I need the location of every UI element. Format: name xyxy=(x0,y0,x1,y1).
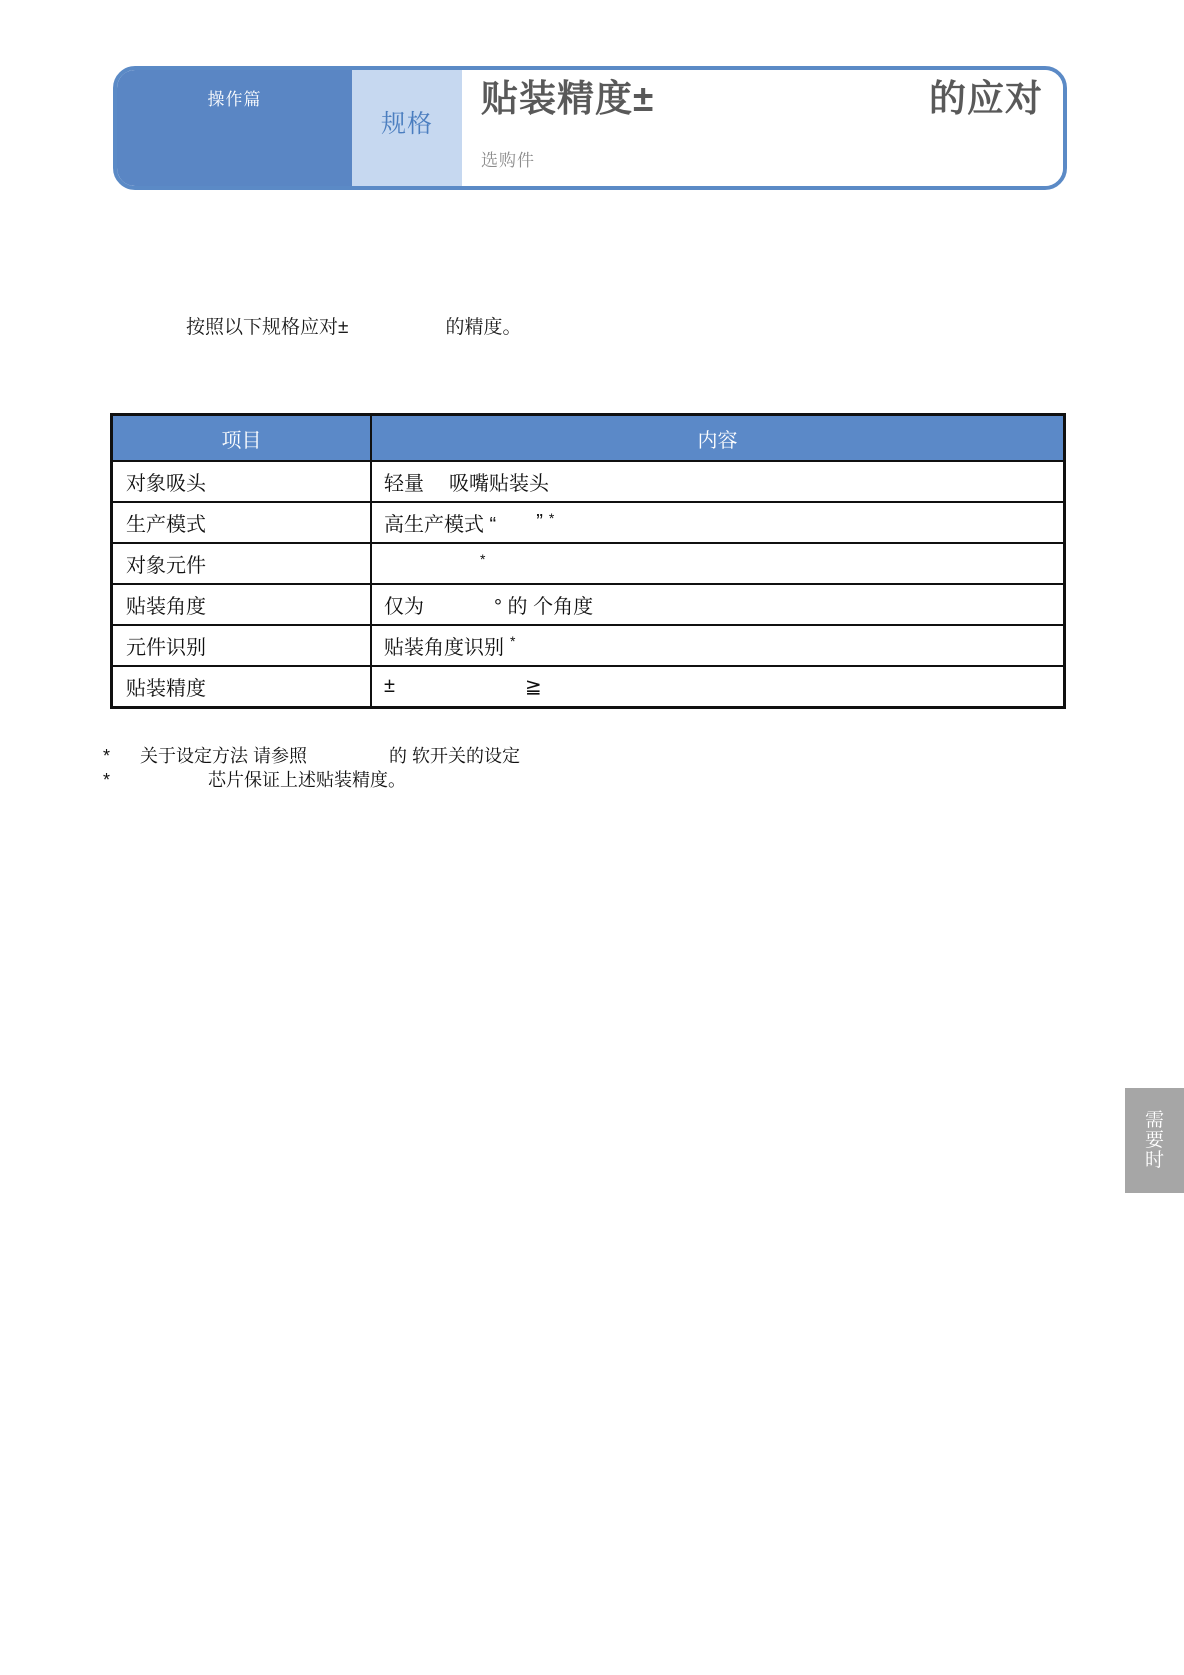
col-header-content: 内容 xyxy=(372,416,1063,460)
cell-content: ±≧ xyxy=(372,667,1063,706)
footnote-list: *关于设定方法 请参照的 软开关的设定 *芯片保证上述贴装精度。 xyxy=(103,744,520,792)
footnote-marker: * xyxy=(103,744,140,768)
table-row: 贴装精度 ±≧ xyxy=(113,665,1063,706)
intro-text-after: 的精度。 xyxy=(445,317,521,338)
cell-item: 对象元件 xyxy=(113,544,372,583)
footnote-line: *芯片保证上述贴装精度。 xyxy=(103,768,520,792)
table-header-row: 项目 内容 xyxy=(113,416,1063,460)
redacted-gap xyxy=(384,563,480,564)
redacted-gap xyxy=(496,522,536,523)
cell-item: 贴装精度 xyxy=(113,667,372,706)
cell-item: 贴装角度 xyxy=(113,585,372,624)
footnote-reference-asterisk: * xyxy=(480,551,485,567)
redacted-gap xyxy=(424,604,494,605)
page-title: 贴装精度± xyxy=(481,79,654,120)
table-row: 对象吸头 轻量吸嘴贴装头 xyxy=(113,460,1063,501)
chapter-category-tab: 规格 xyxy=(352,70,462,186)
chapter-section-label: 操作篇 xyxy=(117,70,352,186)
redacted-gap xyxy=(424,481,449,482)
cell-content-part: ° 的 个角度 xyxy=(494,590,593,619)
footnote-text: 关于设定方法 请参照 xyxy=(140,744,307,768)
footnote-text: 的 软开关的设定 xyxy=(389,744,520,768)
cell-content-part: 贴装角度识别 xyxy=(384,631,504,660)
side-tab-label: 需要时 xyxy=(1145,1111,1165,1171)
chapter-title-area: 贴装精度± 的应对 选购件 xyxy=(462,70,1063,186)
footnote-reference-asterisk: * xyxy=(549,510,554,526)
cell-content-part: 吸嘴贴装头 xyxy=(449,467,549,496)
cell-content: 仅为° 的 个角度 xyxy=(372,585,1063,624)
chapter-header: 操作篇 规格 贴装精度± 的应对 选购件 xyxy=(113,66,1067,190)
cell-content: * xyxy=(372,544,1063,583)
side-tab: 需要时 xyxy=(1125,1088,1184,1193)
cell-content: 轻量吸嘴贴装头 xyxy=(372,462,1063,501)
cell-content: 高生产模式 “”* xyxy=(372,503,1063,542)
cell-item: 生产模式 xyxy=(113,503,372,542)
footnote-text: 芯片保证上述贴装精度。 xyxy=(208,768,406,792)
cell-content-part: 高生产模式 “ xyxy=(384,508,496,537)
cell-content-part: 仅为 xyxy=(384,590,424,619)
col-header-item: 项目 xyxy=(113,416,372,460)
chapter-subtitle: 选购件 xyxy=(481,146,1043,171)
cell-content: 贴装角度识别* xyxy=(372,626,1063,665)
intro-text: 按照以下规格应对±的精度。 xyxy=(186,315,521,341)
cell-content-part: ≧ xyxy=(525,674,542,699)
footnote-reference-asterisk: * xyxy=(510,633,515,649)
cell-content-part: 轻量 xyxy=(384,467,424,496)
cell-item: 对象吸头 xyxy=(113,462,372,501)
footnote-line: *关于设定方法 请参照的 软开关的设定 xyxy=(103,744,520,768)
footnote-marker: * xyxy=(103,768,140,792)
page-title-suffix: 的应对 xyxy=(929,79,1043,120)
table-row: 生产模式 高生产模式 “”* xyxy=(113,501,1063,542)
cell-item: 元件识别 xyxy=(113,626,372,665)
intro-text-before: 按照以下规格应对± xyxy=(186,317,348,338)
table-row: 对象元件 * xyxy=(113,542,1063,583)
redacted-gap xyxy=(395,686,525,687)
table-row: 贴装角度 仅为° 的 个角度 xyxy=(113,583,1063,624)
cell-content-part: ± xyxy=(384,675,395,698)
page-root: 操作篇 规格 贴装精度± 的应对 选购件 按照以下规格应对±的精度。 项目 内容… xyxy=(0,0,1184,1675)
table-row: 元件识别 贴装角度识别* xyxy=(113,624,1063,665)
cell-content-part: ” xyxy=(536,511,543,534)
spec-table: 项目 内容 对象吸头 轻量吸嘴贴装头 生产模式 高生产模式 “”* 对象元件 *… xyxy=(110,413,1066,709)
